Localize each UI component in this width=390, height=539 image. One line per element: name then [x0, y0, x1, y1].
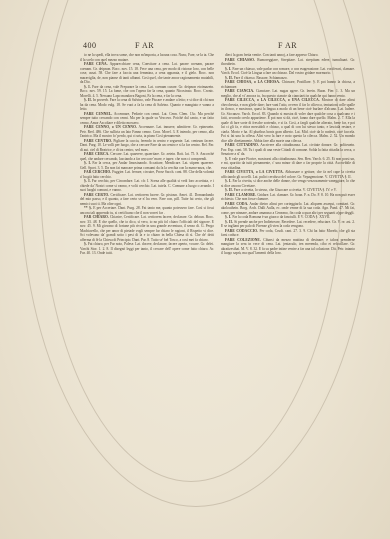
entry-text: Fare il chiasso. Bassare, Schiamazzo. — [234, 76, 288, 80]
entry-text: E vale pure Fiorire, mostrarsi alla citt… — [221, 157, 355, 170]
entry-text: Fat chiaro, per Far noto, Palese. Lat. d… — [80, 242, 214, 255]
right-column: dieci la gran fretta venite. Con tanti a… — [221, 53, 355, 428]
running-head-right: F AR — [278, 41, 297, 50]
entry-headword: FAR CHIARO. — [84, 215, 109, 219]
entry-headword: FARE CITTADINO. — [225, 143, 259, 147]
entry-headword: FARE CIANCIA. — [225, 89, 254, 93]
dictionary-entry: FAR CERCHIO. Fuggire. Lat. ferrare, circ… — [80, 170, 214, 179]
dictionary-entry: §. Fat chiaro, per Far noto, Palese. Lat… — [80, 242, 214, 256]
page-number: 400 — [83, 41, 97, 50]
entry-text: In proverb. Fare la cena di Salvino, val… — [80, 98, 214, 111]
dictionary-entry: FARE CIANCIA. Cianciare. Lat. nugas ager… — [221, 89, 355, 98]
dictionary-entry: FARE CENTRO. Pigliare la caccia, ferendo… — [80, 139, 214, 153]
entry-text: Far la civetta, si dice anche delle donn… — [221, 179, 355, 188]
running-head-left: F AR — [135, 41, 154, 50]
entry-text: Chiarire, Certificare. Lat. certiorem fa… — [80, 215, 214, 242]
entry-headword: §. I. — [225, 215, 231, 219]
entry-headword: FARE CERCA. — [84, 152, 109, 156]
dictionary-entry: §. I. Far la cerca, per Andar limosinand… — [80, 161, 214, 170]
dictionary-entry: FARE CERCA. Cercare. Lat. quaerere, quae… — [80, 152, 214, 161]
entry-headword: FARE COLEZIONE. — [225, 238, 261, 242]
dictionary-entry: FARE CIVETTA, o LA CIVETTA. Abbassare o … — [221, 170, 355, 179]
entry-headword: §. — [84, 242, 87, 246]
entry-headword: FARE CLAMORE. — [225, 193, 256, 197]
dictionary-entry: FARE CLAMORE. Gridare. Lat. clamare. Gr.… — [221, 193, 355, 202]
entry-headword: FARE CILECCA, o LA CILECCA, o UNA CILECC… — [225, 98, 320, 102]
dictionary-entry: §. II. Si prende anche per Indietreare, … — [221, 220, 355, 229]
entry-text: Fare da cena, vale Preparare la cena. La… — [80, 85, 214, 98]
dictionary-entry: FARE CODA. Andar dietro altrui per corte… — [221, 202, 355, 216]
entry-headword: §. I. — [225, 67, 231, 71]
entry-text: Far la cerca, per Andar limosinando. Acc… — [80, 161, 214, 170]
page-header: 400 F AR F AR — [80, 41, 357, 51]
dictionary-entry: §. E vale pure Fiorire, mostrarsi alla c… — [221, 157, 355, 171]
entry-headword: FARE CENTRO. — [84, 139, 112, 143]
dictionary-entry: FARE CODACCIO. Per coda, Crudi. cant. 27… — [221, 229, 355, 238]
dictionary-entry: FARE CENNEL. Accennare, Pedarie con cenn… — [80, 112, 214, 126]
dictionary-entry: §. I. Fare da cena, vale Preparare la ce… — [80, 85, 214, 99]
entry-headword: FARE CERTO. — [84, 193, 109, 197]
entry-headword: §. I. — [225, 179, 231, 183]
dictionary-entry: FARE CHIASSO. Rumoreggiare, Strepitare. … — [221, 58, 355, 67]
dictionary-entry: §. I. Far la civetta, si dice anche dell… — [221, 179, 355, 188]
dictionary-entry: FARE COLEZIONE. Cibarsi da mezzo mattina… — [221, 238, 355, 256]
dictionary-entry: §. I. Far cerchio, per Circondare. Lat. … — [80, 179, 214, 193]
entry-headword: FARE CIVETTA, o LA CIVETTA. — [225, 170, 284, 174]
entry-text: Fare un chiasso, vale parlar con romore,… — [221, 67, 355, 76]
dictionary-entry: FAR CHIARO. Chiarire, Certificare. Lat. … — [80, 215, 214, 242]
entry-headword: §. II. — [225, 76, 233, 80]
entry-text: Si prende anche per Indietreare, Receder… — [221, 220, 355, 229]
dictionary-entry: FARE CERTO. Certificare. Lat. certiorem … — [80, 193, 214, 207]
dictionary-entry: §. II. In proverb. Fare la cena di Salvi… — [80, 98, 214, 112]
left-column: io ne la spedì, ella trova some, che non… — [80, 53, 214, 425]
dictionary-entry: FARE CHIOSA, o LA CHIOSA. Chiosare, Post… — [221, 80, 355, 89]
entry-headword: FARE CENNEL. — [84, 112, 112, 116]
entry-headword: §. I. — [84, 161, 91, 165]
entry-headword: FARE CHIOSA, o LA CHIOSA. — [225, 80, 280, 84]
entry-headword: §. II. — [84, 98, 92, 102]
scanned-book-page: 400 F AR F AR io ne la spedì, ella trova… — [0, 0, 390, 539]
entry-headword: §. I. — [84, 179, 91, 183]
dictionary-entry: FARE CENNO, o UN CENNO. Accennare. Lat. … — [80, 125, 214, 139]
entry-headword: FAR CERCHIO. — [84, 170, 111, 174]
entry-headword: FARE CODACCIO. — [225, 229, 258, 233]
dictionary-entry: ** §. E per Accertare. Dant. Purg. 28. F… — [80, 206, 214, 215]
dictionary-entry: FARE CILECCA, o LA CILECCA, o UNA CILECC… — [221, 98, 355, 143]
dictionary-entry: FARE CENA. Apparecchiare cena, Convitare… — [80, 62, 214, 85]
entry-text: dieci la gran fretta venite. Con tanti a… — [225, 53, 318, 57]
entry-headword: §. II. — [225, 220, 233, 224]
entry-text: Fare a civetta, lo stesso, che Giuocare … — [234, 188, 337, 192]
dictionary-entry: §. I. Fare un chiasso, vale parlar con r… — [221, 67, 355, 76]
entry-headword: §. II. — [225, 188, 233, 192]
entry-text: Mostrar di dare altrui checchessia, e no… — [221, 98, 355, 143]
entry-text: Far cerchio, per Circondare. Lat. cfr. I… — [80, 179, 214, 192]
entry-headword: FARE CODA. — [225, 202, 248, 206]
entry-headword: §. I. — [84, 85, 91, 89]
entry-headword: FARE CENA. — [84, 62, 108, 66]
entry-text: Far la coda Romana è un giuoco da fanciu… — [232, 215, 330, 219]
entry-headword: FARE CHIASSO. — [225, 58, 255, 62]
entry-headword: §. — [225, 157, 228, 161]
entry-headword: ** §. — [84, 206, 92, 210]
entry-headword: FARE CENNO, o UN CENNO. — [84, 125, 137, 129]
entry-text: io ne la spedì, ella trova some, che non… — [80, 53, 214, 62]
dictionary-entry: FARE CITTADINO. Ascrivere alla cittadina… — [221, 143, 355, 157]
entry-text: E per Accertare. Dant. Purg. 28. Fai tan… — [80, 206, 214, 215]
dictionary-entry: io ne la spedì, ella trova some, che non… — [80, 53, 214, 62]
